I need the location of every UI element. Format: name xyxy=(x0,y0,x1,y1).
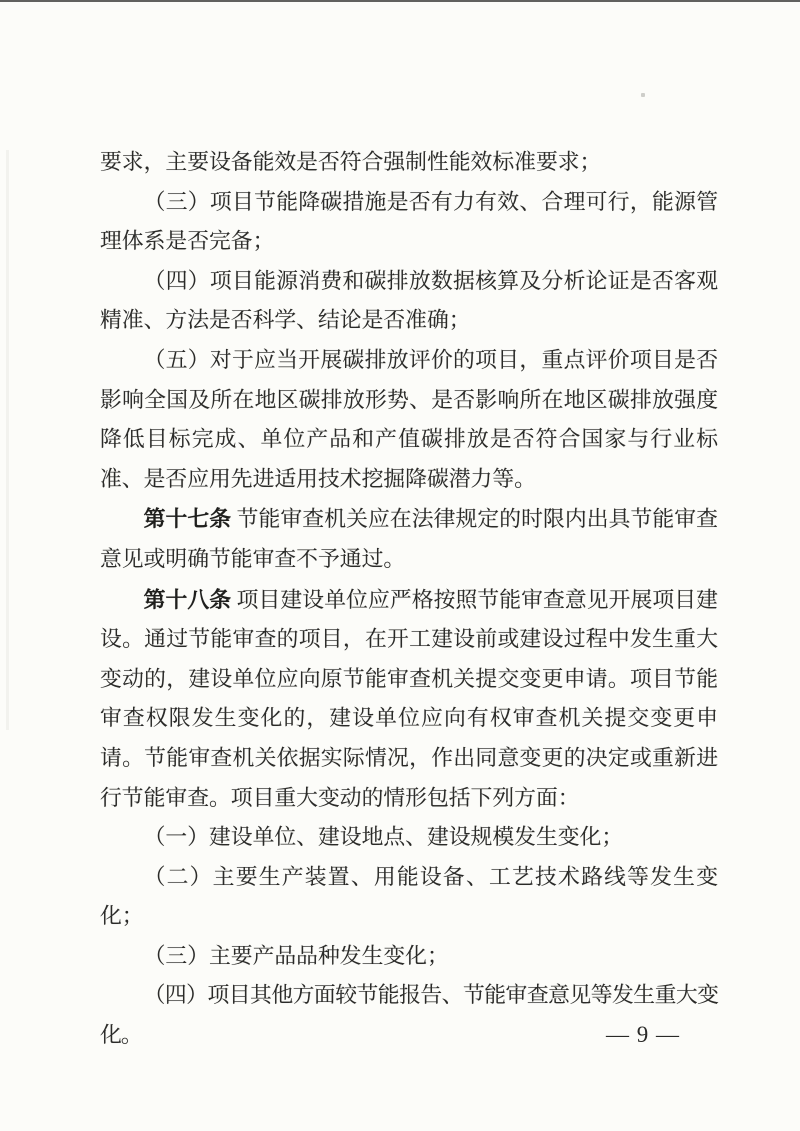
paragraph: （二）主要生产装置、用能设备、工艺技术路线等发生变化； xyxy=(100,858,718,937)
paragraph: 第十八条 项目建设单位应严格按照节能审查意见开展项目建设。通过节能审查的项目，在… xyxy=(100,580,718,819)
paragraph: （四）项目能源消费和碳排放数据核算及分析论证是否客观精准、方法是否科学、结论是否… xyxy=(100,262,718,341)
paragraph: （五）对于应当开展碳排放评价的项目，重点评价项目是否影响全国及所在地区碳排放形势… xyxy=(100,341,718,499)
paragraph: 要求，主要设备能效是否符合强制性能效标准要求； xyxy=(100,143,718,183)
scan-speck-artifact xyxy=(641,93,645,97)
paragraph-text: （三）主要产品品种发生变化； xyxy=(144,944,449,968)
paragraph-text: （五）对于应当开展碳排放评价的项目，重点评价项目是否影响全国及所在地区碳排放形势… xyxy=(100,348,718,491)
article-number: 第十七条 xyxy=(144,506,232,531)
document-body: 要求，主要设备能效是否符合强制性能效标准要求；（三）项目节能降碳措施是否有力有效… xyxy=(100,143,718,1056)
article-number: 第十八条 xyxy=(144,587,232,612)
paragraph: （三）主要产品品种发生变化； xyxy=(100,937,718,977)
document-page: 要求，主要设备能效是否符合强制性能效标准要求；（三）项目节能降碳措施是否有力有效… xyxy=(0,0,800,1131)
paragraph: （一）建设单位、建设地点、建设规模发生变化； xyxy=(100,818,718,858)
paragraph: （三）项目节能降碳措施是否有力有效、合理可行，能源管理体系是否完备； xyxy=(100,183,718,262)
paragraph-text: 要求，主要设备能效是否符合强制性能效标准要求； xyxy=(100,150,601,174)
paragraph-text: （三）项目节能降碳措施是否有力有效、合理可行，能源管理体系是否完备； xyxy=(100,190,718,254)
scan-edge-artifact xyxy=(0,0,800,2)
page-number: — 9 — xyxy=(606,1019,680,1051)
paragraph-text: （一）建设单位、建设地点、建设规模发生变化； xyxy=(144,825,624,849)
paragraph-text: 项目建设单位应严格按照节能审查意见开展项目建设。通过节能审查的项目，在开工建设前… xyxy=(100,588,718,810)
paragraph-text: （二）主要生产装置、用能设备、工艺技术路线等发生变化； xyxy=(100,865,718,929)
paragraph: 第十七条 节能审查机关应在法律规定的时限内出具节能审查意见或明确节能审查不予通过… xyxy=(100,499,718,579)
paragraph-text: （四）项目能源消费和碳排放数据核算及分析论证是否客观精准、方法是否科学、结论是否… xyxy=(100,269,718,333)
scan-streak-artifact xyxy=(6,150,9,730)
